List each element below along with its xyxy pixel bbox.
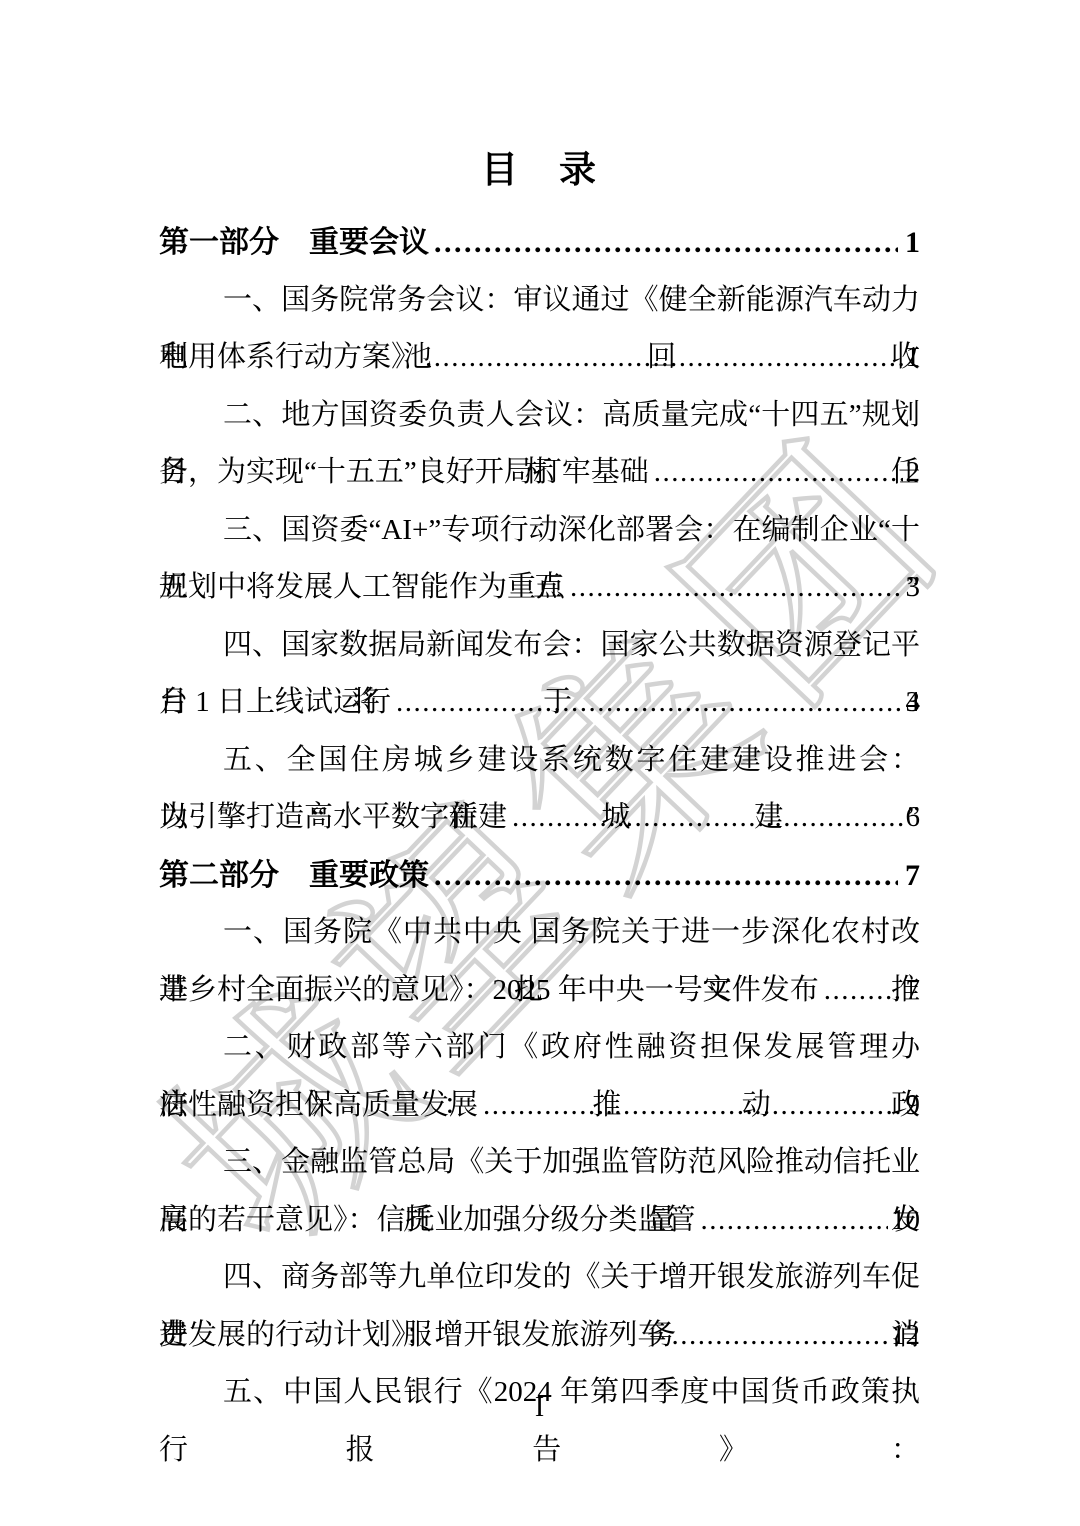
toc-item-line[interactable]: 四、商务部等九单位印发的《关于增开银发旅游列车促进服务消 [159, 1249, 920, 1307]
toc-entry-text: 利用体系行动方案》 [159, 329, 420, 387]
toc-entry-text: 月 1 日上线试运行 [159, 674, 391, 732]
toc-item-line[interactable]: 二、财政部等六部门《政府性融资担保发展管理办法》：推动政 [159, 1019, 920, 1077]
toc-section-heading[interactable]: 第一部分 重要会议1 [159, 214, 920, 272]
toc-entry-text: 展的若干意见》：信托业加强分级分类监管 [159, 1192, 696, 1250]
page-ref: 1 [906, 329, 921, 387]
dot-leader [396, 674, 902, 732]
page-ref: 7 [905, 847, 920, 905]
toc-item-line[interactable]: 费发展的行动计划》：增开银发旅游列车12 [159, 1307, 920, 1365]
toc-page: 目 录 第一部分 重要会议1一、国务院常务会议：审议通过《健全新能源汽车动力电池… [159, 0, 920, 1422]
toc-item-line[interactable]: 利用体系行动方案》1 [159, 329, 920, 387]
dot-leader [483, 1077, 902, 1135]
toc-item-line[interactable]: 一、国务院《中共中央 国务院关于进一步深化农村改革 扎实推 [159, 904, 920, 962]
dot-leader [672, 1307, 888, 1365]
toc-entry-text: 第二部分 重要政策 [159, 847, 429, 905]
dot-leader [654, 444, 903, 502]
dot-leader [570, 559, 902, 617]
page-ref: 3 [906, 559, 921, 617]
page-ref: 2 [906, 444, 921, 502]
page-ref: 12 [891, 1307, 920, 1365]
page-ref: 9 [906, 1077, 921, 1135]
page-ref: 4 [906, 674, 921, 732]
toc-item-line[interactable]: 务，为实现“十五五”良好开局打牢基础2 [159, 444, 920, 502]
dot-leader [434, 214, 898, 272]
dot-leader [434, 847, 898, 905]
page-ref: 1 [905, 214, 920, 272]
toc-item-line[interactable]: 展的若干意见》：信托业加强分级分类监管10 [159, 1192, 920, 1250]
page-number: I [159, 1390, 920, 1426]
toc-item-line[interactable]: 三、金融监管总局《关于加强监管防范风险推动信托业高质量发 [159, 1134, 920, 1192]
toc-entry-text: 府性融资担保高质量发展 [159, 1077, 478, 1135]
toc-item-line[interactable]: 府性融资担保高质量发展9 [159, 1077, 920, 1135]
toc-item-line[interactable]: 月 1 日上线试运行4 [159, 674, 920, 732]
toc: 第一部分 重要会议1一、国务院常务会议：审议通过《健全新能源汽车动力电池回收利用… [159, 214, 920, 1422]
toc-item-line[interactable]: 五、全国住房城乡建设系统数字住建建设推进会：以“新城建” [159, 732, 920, 790]
toc-item-line[interactable]: 三、国资委“AI+”专项行动深化部署会：在编制企业“十五五” [159, 502, 920, 560]
toc-section-heading[interactable]: 第二部分 重要政策7 [159, 847, 920, 905]
toc-entry-text: 第一部分 重要会议 [159, 214, 429, 272]
toc-item-line[interactable]: 规划中将发展人工智能作为重点3 [159, 559, 920, 617]
dot-leader [824, 962, 903, 1020]
toc-entry-text: 规划中将发展人工智能作为重点 [159, 559, 565, 617]
dot-leader [512, 789, 902, 847]
toc-item-line[interactable]: 为引擎打造高水平数字住建6 [159, 789, 920, 847]
toc-entry-text: 务，为实现“十五五”良好开局打牢基础 [159, 444, 649, 502]
dot-leader [701, 1192, 888, 1250]
toc-entry-text: 进乡村全面振兴的意见》：2025 年中央一号文件发布 [159, 962, 819, 1020]
page-ref: 6 [906, 789, 921, 847]
toc-item-line[interactable]: 四、国家数据局新闻发布会：国家公共数据资源登记平台将于 3 [159, 617, 920, 675]
toc-entry-text: 费发展的行动计划》：增开银发旅游列车 [159, 1307, 667, 1365]
toc-entry-text: 为引擎打造高水平数字住建 [159, 789, 507, 847]
page-title: 目 录 [159, 146, 920, 196]
dot-leader [425, 329, 902, 387]
toc-item-line[interactable]: 一、国务院常务会议：审议通过《健全新能源汽车动力电池回收 [159, 272, 920, 330]
page-ref: 10 [891, 1192, 920, 1250]
page-ref: 7 [906, 962, 921, 1020]
toc-item-line[interactable]: 二、地方国资委负责人会议：高质量完成“十四五”规划目标任 [159, 387, 920, 445]
toc-item-line[interactable]: 进乡村全面振兴的意见》：2025 年中央一号文件发布7 [159, 962, 920, 1020]
